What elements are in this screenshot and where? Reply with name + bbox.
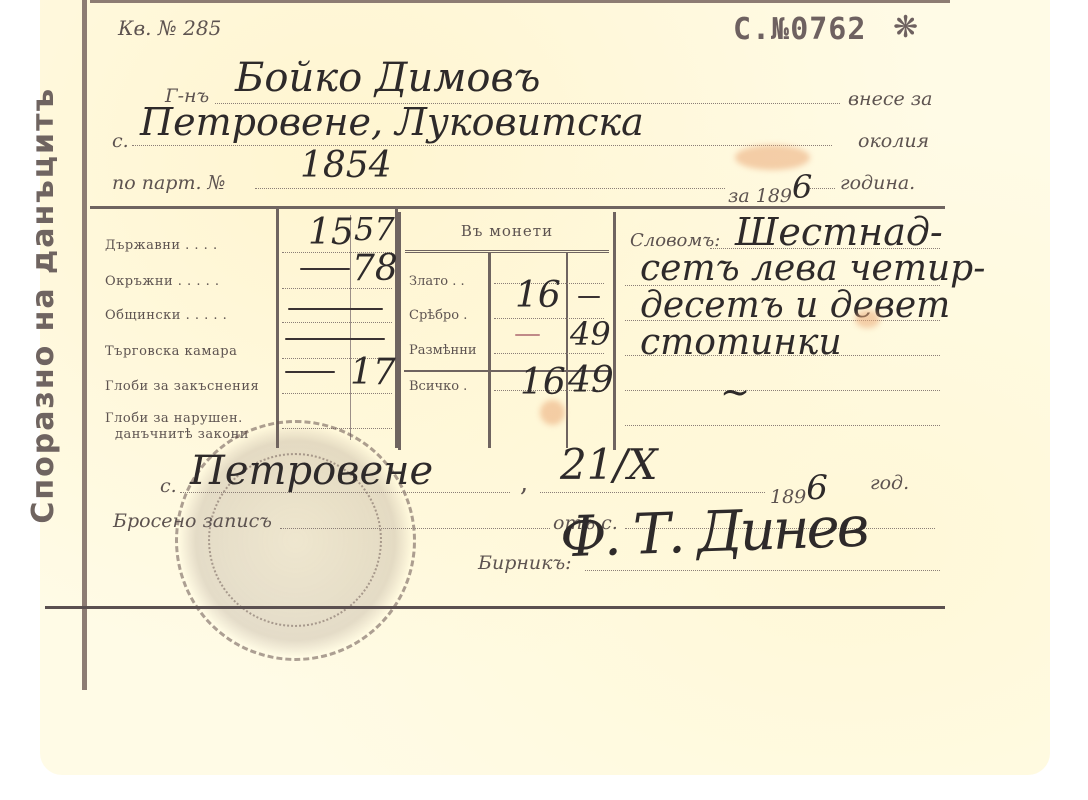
date-dotted-line <box>540 492 765 493</box>
bottom-rule <box>45 606 945 609</box>
village-dotted-line <box>132 145 832 146</box>
tax-stotinki-value: 57 <box>354 210 395 248</box>
receipt-number-line: Кв. № 285 <box>118 16 221 40</box>
village-label: с. <box>112 130 129 152</box>
tax-row-label: Окръжни . . . . . <box>105 274 220 289</box>
paper-stain <box>735 145 810 170</box>
coins-table-divider <box>488 252 491 448</box>
stub-title-text: Споразно на данъцитъ <box>26 87 61 524</box>
part-label: по парт. № <box>112 172 226 194</box>
coin-leva-value: 16 <box>515 275 561 316</box>
part-value: 1854 <box>300 145 392 186</box>
in-words-line: десетъ и девет <box>640 285 950 326</box>
stub-perforation-rule <box>82 0 87 690</box>
coin-row-dots <box>494 353 604 354</box>
tax-table-divider <box>276 208 279 448</box>
coin-row-label: Злато . . <box>409 274 465 289</box>
tax-row-dots <box>282 393 392 394</box>
tax-row-label: Държавни . . . . <box>105 238 218 253</box>
tax-dash <box>300 268 350 270</box>
tax-row-label: Глоби за нарушен. <box>105 411 243 426</box>
serial-number-line: С.№0762 <box>733 12 866 47</box>
coin-total-stotinki: 49 <box>568 360 614 401</box>
words-dotted-line <box>625 425 940 426</box>
in-words-line: стотинки <box>640 322 842 363</box>
tax-stotinki-value: 17 <box>350 352 396 393</box>
top-rule <box>90 0 950 3</box>
carried-label: Бросено записъ <box>113 510 272 532</box>
tax-row-label: Търговска камара <box>105 344 237 359</box>
in-words-line: сетъ лева четир- <box>640 248 985 289</box>
serial-number: 0762 <box>790 12 866 47</box>
tax-dash <box>288 308 383 310</box>
collector-label: Бирникъ: <box>478 552 572 574</box>
paid-for-label: внесе за <box>848 88 932 110</box>
district-label: околия <box>858 130 929 152</box>
collector-dotted-line <box>585 570 940 571</box>
stub-vertical-title: Споразно на данъцитъ <box>18 40 68 570</box>
serial-label: С.№ <box>733 12 790 47</box>
coins-title: Въ монети <box>401 222 613 240</box>
coin-dash <box>515 334 540 336</box>
year-handwritten: 6 <box>792 168 812 206</box>
footer-year-suffix: год. <box>870 472 909 494</box>
coin-row-label: Срѣбро . <box>409 308 467 323</box>
year-prefix: за 189 <box>728 185 792 207</box>
tax-row-label: Общински . . . . . <box>105 308 227 323</box>
tax-dash <box>285 338 385 340</box>
words-dotted-line <box>625 390 940 391</box>
year-label: за 1896 <box>728 172 812 210</box>
place-label: с. <box>160 475 177 497</box>
paper-stain <box>855 310 880 328</box>
tax-leva-value: 15 <box>308 212 354 253</box>
coins-title-rule <box>405 250 609 256</box>
tax-dash <box>285 371 335 373</box>
coin-stotinki-value: 49 <box>570 315 611 353</box>
place-value: Петровене <box>190 448 433 494</box>
coin-row-label: Размѣнни <box>409 343 477 358</box>
paper-stain <box>540 400 565 425</box>
receipt-number-label: Кв. № <box>118 16 177 40</box>
carried-dotted-line <box>280 528 550 529</box>
year-dotted-line <box>810 188 835 189</box>
date-value: 21/X <box>560 440 658 489</box>
coins-stotinki-divider <box>566 252 568 448</box>
in-words-flourish: ~ <box>720 372 750 413</box>
part-dotted-line <box>255 188 725 189</box>
comma: , <box>520 468 528 498</box>
ornament-icon: ❋ <box>893 10 918 45</box>
coin-total-leva: 16 <box>520 362 566 403</box>
tax-row-label: Глоби за закъснения <box>105 379 259 394</box>
receipt-number: 285 <box>183 16 221 40</box>
coin-dash <box>578 296 600 298</box>
tax-row-dots <box>282 322 392 323</box>
village-value: Петровене, Луковитска <box>140 100 644 144</box>
collector-signature: Ф. Т. Динев <box>559 495 867 571</box>
tax-stotinki-value: 78 <box>352 248 398 289</box>
year-suffix: година. <box>840 172 915 194</box>
name-value: Бойко Димовъ <box>235 55 540 101</box>
coin-row-label: Всичко . <box>409 379 467 394</box>
